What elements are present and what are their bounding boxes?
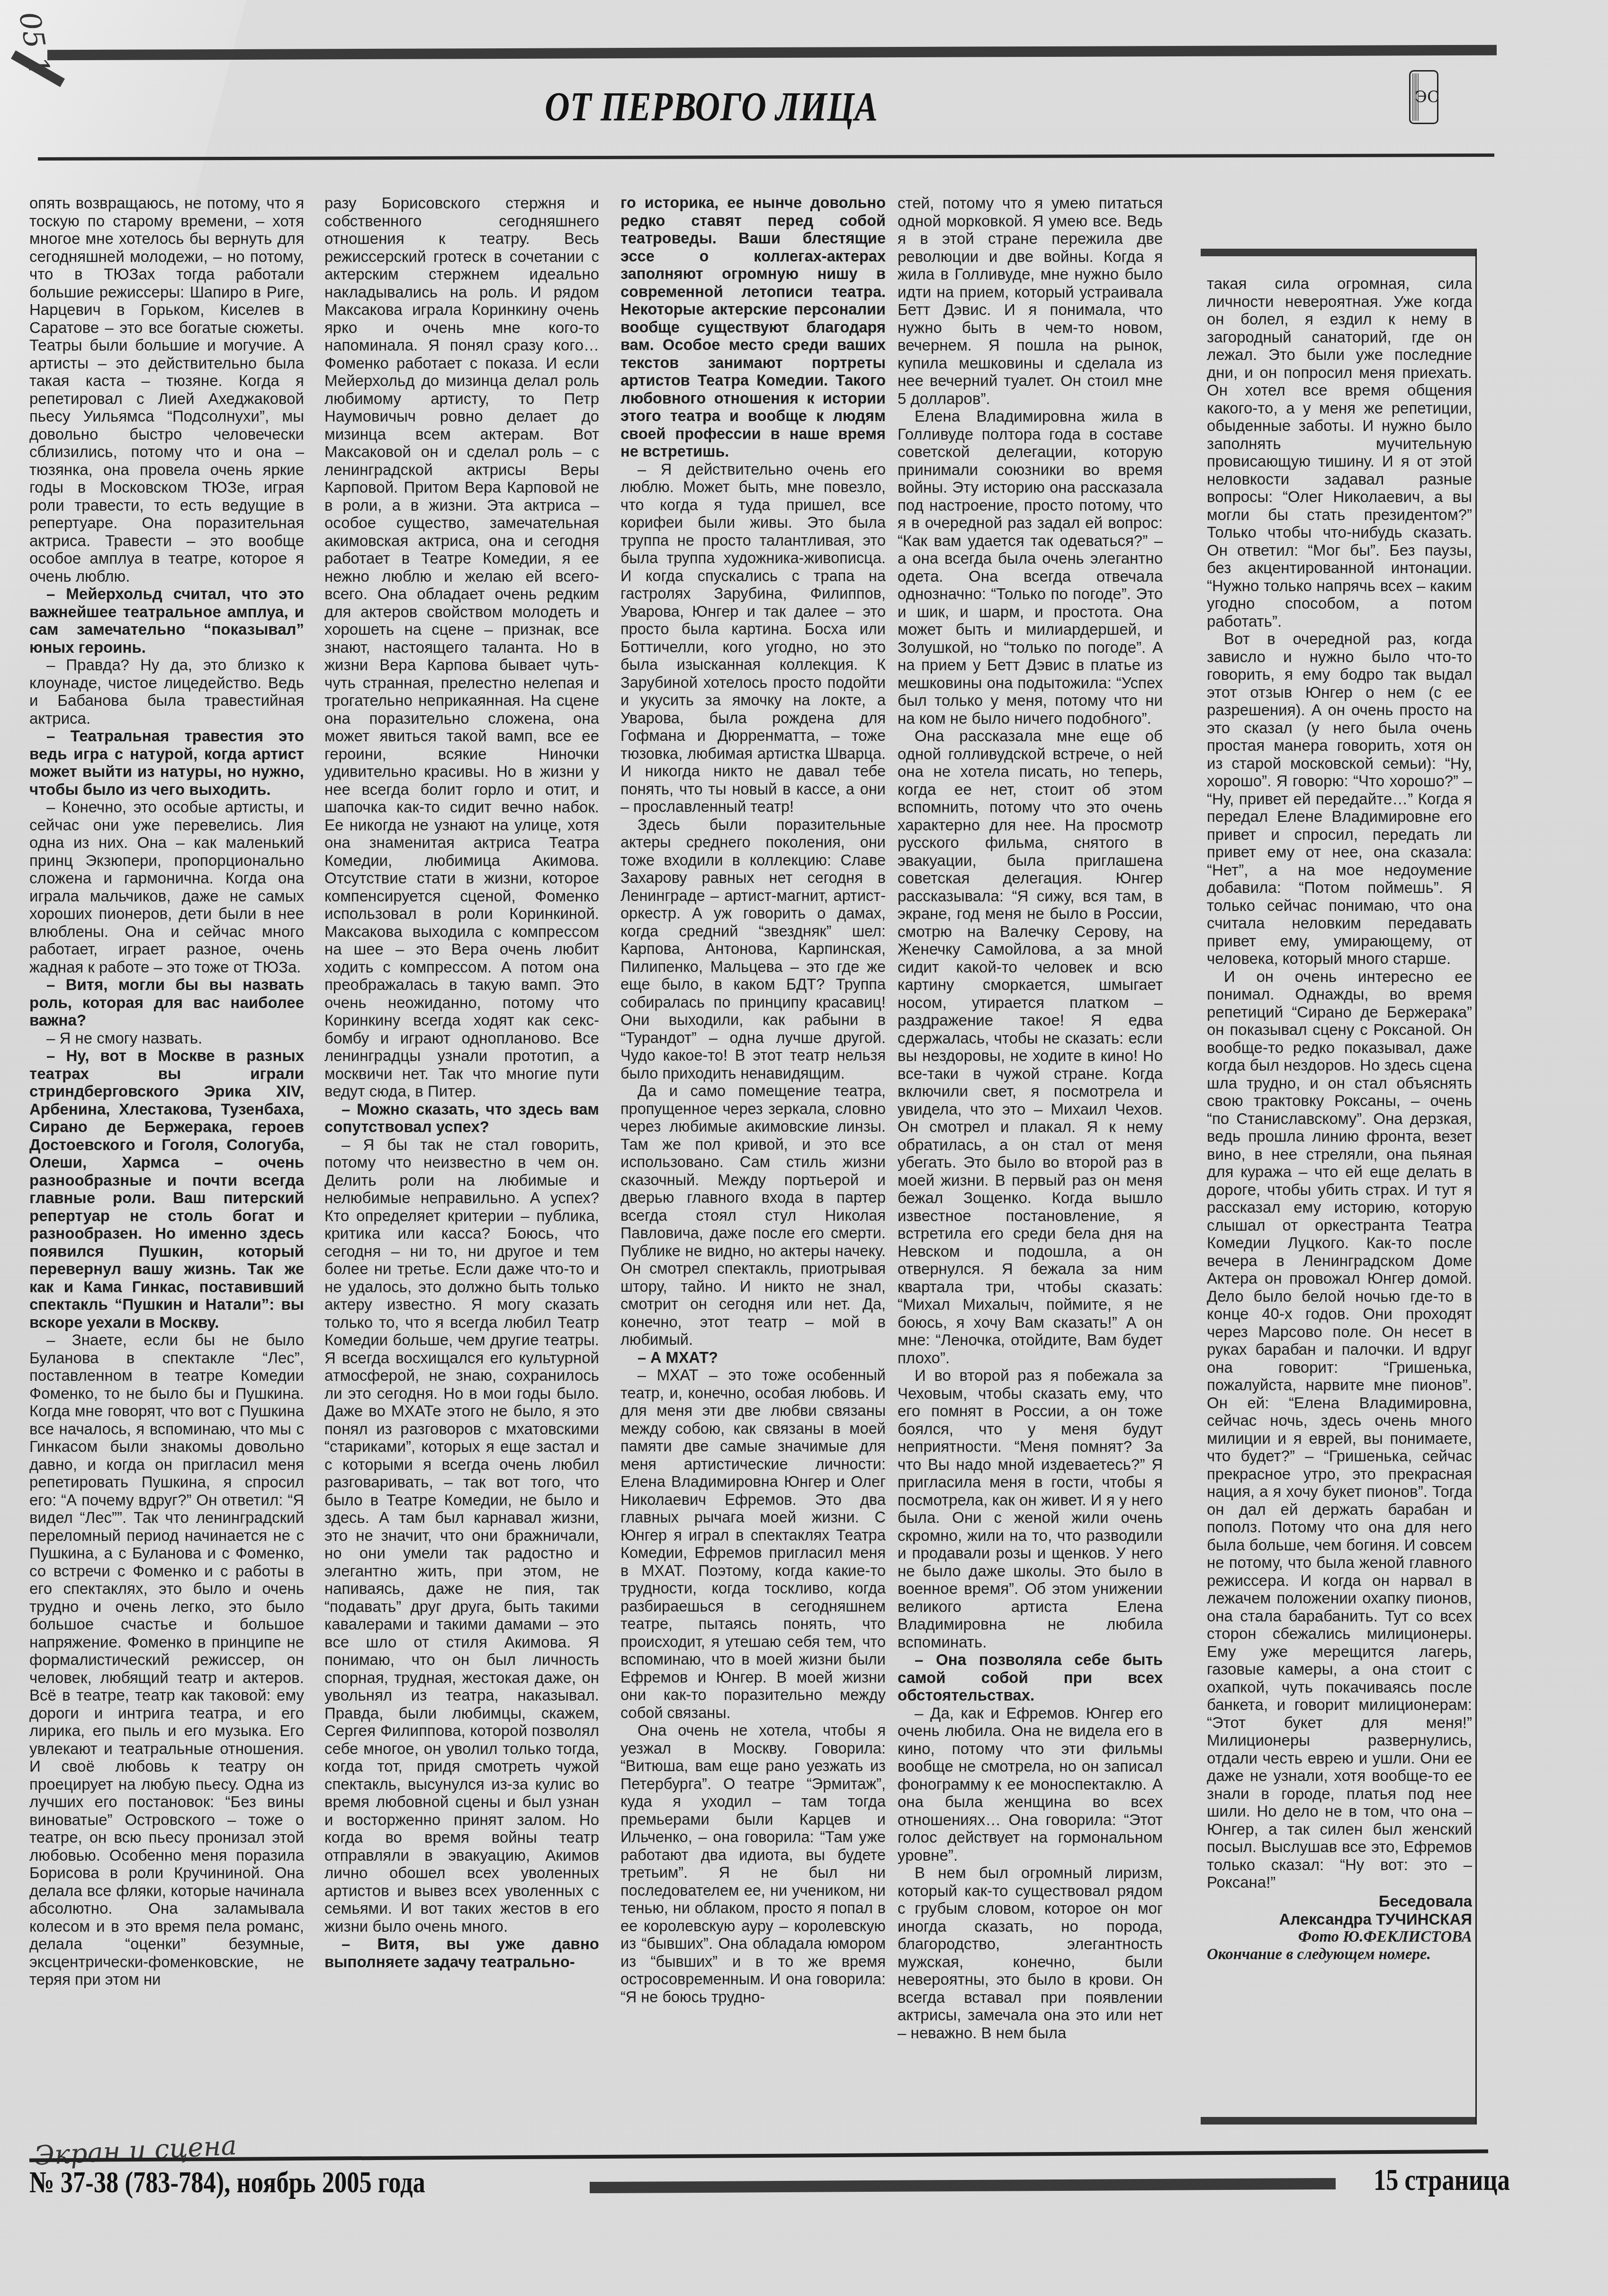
article-column-3: го историка, ее нынче довольно редко ста… <box>620 194 886 2089</box>
answer-paragraph: Вот в очередной раз, когда зависло и нуж… <box>1207 630 1472 968</box>
footer-rule <box>29 2150 1488 2162</box>
question-paragraph: – Витя, вы уже давно выполняете задачу т… <box>324 1935 599 1971</box>
footer-bar <box>590 2178 1336 2193</box>
header-bottom-rule <box>38 153 1494 161</box>
answer-paragraph: – Я бы так не стал говорить, потому что … <box>324 1136 599 1936</box>
answer-paragraph: – Знаете, если бы не было Буланова в спе… <box>29 1331 304 1989</box>
question-paragraph: – Театральная травестия это ведь игра с … <box>29 727 304 798</box>
answer-paragraph: – Конечно, это особые артисты, и сейчас … <box>29 798 304 976</box>
answer-paragraph: – Я не смогу назвать. <box>29 1029 304 1047</box>
answer-paragraph: – Я действительно очень его люблю. Может… <box>620 461 886 816</box>
question-paragraph: – Ну, вот в Москве в разных театрах вы и… <box>29 1047 304 1331</box>
paragraph: стей, потому что я умею питаться одной м… <box>898 194 1163 407</box>
question-paragraph: – Витя, могли бы вы назвать роль, котора… <box>29 976 304 1029</box>
article-column-4: стей, потому что я умею питаться одной м… <box>898 194 1163 2089</box>
answer-paragraph: – Правда? Ну да, это близко к клоунаде, … <box>29 656 304 727</box>
paragraph: опять возвращаюсь, не потому, что я тоск… <box>29 194 304 585</box>
column-5-top-bar <box>1201 249 1475 256</box>
paragraph: такая сила огромная, сила личности невер… <box>1207 275 1472 630</box>
article-column-2: разу Борисовского стержня и собственного… <box>324 194 599 2089</box>
question-paragraph: – Она позволяла себе быть самой собой пр… <box>898 1651 1163 1704</box>
article-column-1: опять возвращаюсь, не потому, что я тоск… <box>29 194 304 2089</box>
photo-credit: Фото Ю.ФЕКЛИСТОВА <box>1207 1928 1472 1946</box>
answer-paragraph: В нем был огромный лиризм, который как-т… <box>898 1864 1163 2042</box>
answer-paragraph: Здесь были поразительные актеры среднего… <box>620 816 886 1083</box>
answer-paragraph: Да и само помещение театра, пропущенное … <box>620 1082 886 1349</box>
article-column-5: такая сила огромная, сила личности невер… <box>1207 275 1472 2113</box>
answer-paragraph: Она очень не хотела, чтобы я уезжал в Мо… <box>620 1722 886 2006</box>
byline-author: Александра ТУЧИНСКАЯ <box>1207 1910 1472 1928</box>
logo-curtain-lines <box>1412 73 1419 121</box>
answer-paragraph: И он очень интересно ее понимал. Однажды… <box>1207 968 1472 1891</box>
column-5-bottom-bar <box>1201 2117 1475 2125</box>
issue-number: № 37-38 (783-784), ноябрь 2005 года <box>29 2165 425 2200</box>
answer-paragraph: Елена Владимировна жила в Голливуде полт… <box>898 407 1163 727</box>
question-paragraph: – Можно сказать, что здесь вам сопутство… <box>324 1100 599 1136</box>
newspaper-logo-icon: ЭС <box>1409 70 1438 124</box>
answer-paragraph: – Да, как и Ефремов. Юнгер его очень люб… <box>898 1704 1163 1864</box>
answer-paragraph: И во второй раз я побежала за Чеховым, ч… <box>898 1367 1163 1651</box>
byline: Беседовала Александра ТУЧИНСКАЯ <box>1207 1892 1472 1928</box>
header-top-rule <box>47 45 1497 61</box>
question-paragraph: – А МХАТ? <box>620 1349 886 1367</box>
paragraph: разу Борисовского стержня и собственного… <box>324 194 599 1100</box>
answer-paragraph: – МХАТ – это тоже особенный театр, и, ко… <box>620 1367 886 1722</box>
section-title: ОТ ПЕРВОГО ЛИЦА <box>545 83 878 130</box>
question-paragraph: – Мейерхольд считал, что это важнейшее т… <box>29 585 304 656</box>
continued-note: Окончание в следующем номере. <box>1207 1946 1472 1964</box>
answer-paragraph: Она рассказала мне еще об одной голливуд… <box>898 727 1163 1367</box>
byline-intro: Беседовала <box>1207 1892 1472 1910</box>
newspaper-page: 05 1 ОТ ПЕРВОГО ЛИЦА ЭС опять возвращаюс… <box>0 0 1608 2296</box>
question-paragraph: го историка, ее нынче довольно редко ста… <box>620 194 886 461</box>
page-number: 15 страница <box>1374 2162 1510 2197</box>
